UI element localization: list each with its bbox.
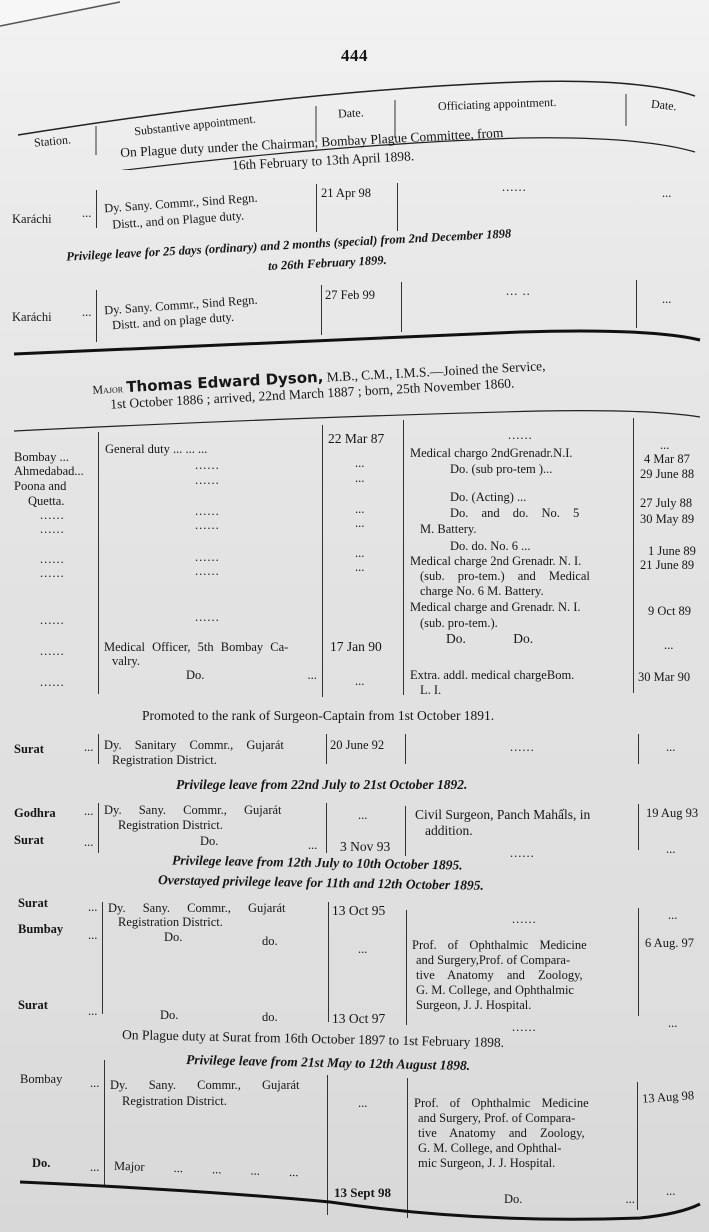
- officiating-appointment-cont: charge No. 6 M. Battery.: [420, 584, 544, 598]
- date-empty: ...: [355, 516, 364, 530]
- officiating-appointment: Do. do. No. 6 ...: [450, 539, 531, 553]
- date-empty: ...: [358, 1096, 367, 1110]
- station-dots: ...: [84, 804, 93, 818]
- officiating-appointment-cont: (sub. pro-tem.) and Medical: [420, 569, 590, 583]
- column-divider: [102, 902, 103, 1014]
- officiating-empty: ......: [512, 912, 537, 926]
- date-officiating-empty: ...: [666, 842, 675, 856]
- substantive-appointment: General duty ... ... ...: [105, 442, 320, 456]
- date-appointment: 20 June 92: [330, 738, 384, 752]
- substantive-empty: ......: [195, 504, 220, 518]
- station: ......: [40, 644, 65, 658]
- station-bombay: Bumbay: [18, 922, 63, 936]
- date-officiating-empty: ...: [666, 740, 675, 754]
- column-divider: [638, 804, 639, 850]
- document-page: 444 Station. Substantive appointment. Da…: [0, 0, 709, 1232]
- officiating-appointment-cont: L. I.: [420, 683, 441, 697]
- station: Ahmedabad...: [14, 464, 84, 478]
- date-appointment: 13 Oct 97: [332, 1012, 385, 1026]
- officiating-appointment: Do. Do.: [446, 632, 533, 646]
- substantive-appointment: Dy. Sanitary Commr., Gujarát: [104, 738, 324, 752]
- date-officiating: 30 Mar 90: [638, 670, 690, 684]
- date-officiating: 9 Oct 89: [648, 604, 691, 618]
- officiating-appointment-cont: (sub. pro-tem.).: [420, 616, 498, 630]
- date-officiating: 1 June 89: [648, 544, 696, 558]
- date-officiating: 30 May 89: [640, 512, 694, 526]
- officiating-appointment: Medical charge and Grenadr. N. I.: [410, 600, 581, 614]
- officiating-appointment: Civil Surgeon, Panch Mahấls, in: [415, 808, 590, 822]
- note-plague-duty-surat-1897: On Plague duty at Surat from 16th Octobe…: [122, 1028, 504, 1050]
- officiating-appointment: Do. and do. No. 5: [450, 506, 579, 520]
- station: ......: [40, 675, 65, 689]
- station: ......: [40, 508, 65, 522]
- date-officiating: 21 June 89: [640, 558, 694, 572]
- officiating-empty: ......: [502, 180, 527, 194]
- date-officiating: 27 July 88: [640, 496, 692, 510]
- station: Poona and: [14, 479, 96, 493]
- column-divider: [638, 908, 639, 1016]
- date-officiating: 13 Aug 98: [642, 1088, 695, 1106]
- date-empty: ...: [355, 560, 364, 574]
- officiating-appointment: Medical charge 2nd Grenadr. N. I.: [410, 554, 581, 568]
- substantive-appointment-cont: Registration District.: [118, 818, 223, 832]
- station-dots: ...: [84, 740, 93, 754]
- substantive-empty: ......: [195, 550, 220, 564]
- substantive-appointment: Dy. Sany. Commr., Gujarát: [104, 803, 324, 817]
- station-surat: Surat: [18, 896, 48, 910]
- station-surat: Surat: [18, 998, 48, 1012]
- substantive-appointment-do: do.: [262, 1010, 278, 1024]
- date-empty: ...: [355, 471, 364, 485]
- date-appointment: 27 Feb 99: [325, 288, 375, 302]
- officiating-appointment: Do. (Acting) ...: [450, 490, 526, 504]
- substantive-empty: ......: [195, 564, 220, 578]
- date-empty: ...: [355, 456, 364, 470]
- station-dots: ...: [88, 900, 97, 914]
- column-divider: [96, 190, 97, 228]
- substantive-appointment: Do.: [200, 834, 218, 848]
- station: ......: [40, 613, 65, 627]
- substantive-empty: ......: [195, 610, 220, 624]
- column-divider: [98, 803, 99, 853]
- date-appointment: 17 Jan 90: [330, 640, 382, 654]
- station-dots: ...: [82, 206, 91, 220]
- column-divider: [326, 734, 327, 764]
- date-officiating-empty: ...: [668, 1016, 677, 1030]
- station-dots: ...: [84, 835, 93, 849]
- substantive-appointment-do: do.: [262, 934, 278, 948]
- substantive-appointment-cont: valry.: [112, 654, 140, 668]
- station-godhra: Godhra: [14, 806, 56, 820]
- date-officiating-empty: ...: [668, 908, 677, 922]
- officiating-appointment-cont: addition.: [425, 824, 473, 838]
- column-divider: [326, 803, 327, 853]
- substantive-appointment: Medical Officer, 5th Bombay Ca-: [104, 640, 319, 654]
- station-karachi: Karáchi: [12, 212, 52, 226]
- substantive-appointment-cont: Registration District.: [122, 1094, 227, 1108]
- officiating-appointment: Do. (sub pro-tem )...: [450, 462, 552, 476]
- column-divider: [405, 806, 406, 856]
- date-officiating-empty: ...: [662, 186, 671, 200]
- station: ......: [40, 566, 65, 580]
- station-dots: ...: [90, 1076, 99, 1090]
- station-cont: Quetta.: [28, 494, 64, 508]
- column-divider: [405, 734, 406, 764]
- officiating-appointment: Medical chargo 2ndGrenadr.N.I.: [410, 446, 573, 460]
- column-divider: [322, 425, 323, 697]
- date-officiating: ...: [664, 638, 673, 652]
- note-promotion-surgeon-captain: Promoted to the rank of Surgeon-Captain …: [142, 709, 494, 723]
- date-empty: ...: [355, 674, 364, 688]
- substantive-appointment-cont: Registration District.: [112, 753, 217, 767]
- date-appointment: 3 Nov 93: [340, 840, 390, 854]
- page-fold-edge: [0, 0, 709, 40]
- substantive-appointment: Do.: [160, 1008, 178, 1022]
- station-bombay: Bombay: [20, 1072, 62, 1086]
- station-dots: ...: [88, 928, 97, 942]
- bottom-rule: [0, 1160, 709, 1232]
- note-privilege-leave-1892: Privilege leave from 22nd July to 21st O…: [176, 778, 467, 792]
- column-divider: [98, 432, 99, 694]
- header-date-1: Date.: [338, 105, 364, 121]
- officer-rank: Major: [92, 381, 123, 397]
- date-empty: ...: [358, 942, 367, 956]
- date-officiating: 29 June 88: [640, 467, 694, 481]
- date-empty: ...: [358, 808, 367, 822]
- substantive-appointment: Do. ...: [186, 668, 317, 682]
- station-dots: ...: [82, 305, 91, 319]
- officiating-empty: ......: [510, 740, 535, 754]
- date-appointment: 13 Oct 95: [332, 904, 385, 918]
- officiating-empty: ......: [510, 846, 535, 860]
- date-officiating-empty: ...: [662, 292, 671, 306]
- column-divider: [633, 418, 634, 693]
- date-appointment: 22 Mar 87: [328, 432, 384, 446]
- date-empty: ...: [355, 502, 364, 516]
- header-station: Station.: [33, 132, 71, 150]
- substantive-appointment-cont: Registration District.: [118, 915, 223, 929]
- note-privilege-leave-1895: Privilege leave from 12th July to 10th O…: [172, 853, 463, 872]
- column-divider: [316, 184, 317, 232]
- station: Bombay ...: [14, 450, 69, 464]
- note-privilege-leave-1898: Privilege leave from 21st May to 12th Au…: [186, 1053, 470, 1073]
- substantive-empty: ......: [195, 473, 220, 487]
- substantive-appointment: Dy. Sany. Commr., Gujarát: [110, 1078, 326, 1092]
- station-surat: Surat: [14, 742, 44, 756]
- officiating-appointment: Extra. addl. medical chargeBom.: [410, 668, 574, 682]
- substantive-empty: ......: [195, 518, 220, 532]
- substantive-empty: ......: [195, 458, 220, 472]
- officiating-empty: ......: [512, 1020, 537, 1034]
- date-appointment: 21 Apr 98: [321, 186, 371, 200]
- header-date-2: Date.: [650, 97, 677, 115]
- substantive-dots: ...: [308, 838, 317, 852]
- officiating-appointment: Prof. of Ophthalmic Medicine and Surgery…: [412, 938, 638, 1013]
- station-surat: Surat: [14, 833, 44, 847]
- date-empty: ...: [355, 546, 364, 560]
- officiating-empty: ... ..: [506, 284, 531, 298]
- station: ......: [40, 552, 65, 566]
- entry-separator-rule: [0, 320, 709, 360]
- column-divider: [403, 420, 404, 695]
- column-divider: [406, 910, 407, 1025]
- substantive-appointment: Dy. Sany. Commr., Gujarát: [108, 901, 326, 915]
- officiating-appointment-cont: M. Battery.: [420, 522, 476, 536]
- column-divider: [98, 734, 99, 764]
- date-officiating: ...: [660, 438, 669, 452]
- station-dots: ...: [88, 1004, 97, 1018]
- note-privilege-leave-1898-line2: to 26th February 1899.: [268, 253, 387, 273]
- column-divider: [397, 183, 398, 231]
- column-divider: [638, 734, 639, 764]
- note-overstayed-leave-1895: Overstayed privilege leave for 11th and …: [158, 873, 484, 893]
- date-officiating: 19 Aug 93: [646, 806, 698, 820]
- date-officiating: 4 Mar 87: [644, 452, 690, 466]
- column-divider: [328, 902, 329, 1022]
- officiating-empty: ......: [508, 428, 533, 442]
- date-officiating: 6 Aug. 97: [645, 936, 694, 950]
- substantive-appointment: Do.: [164, 930, 182, 944]
- station: ......: [40, 522, 65, 536]
